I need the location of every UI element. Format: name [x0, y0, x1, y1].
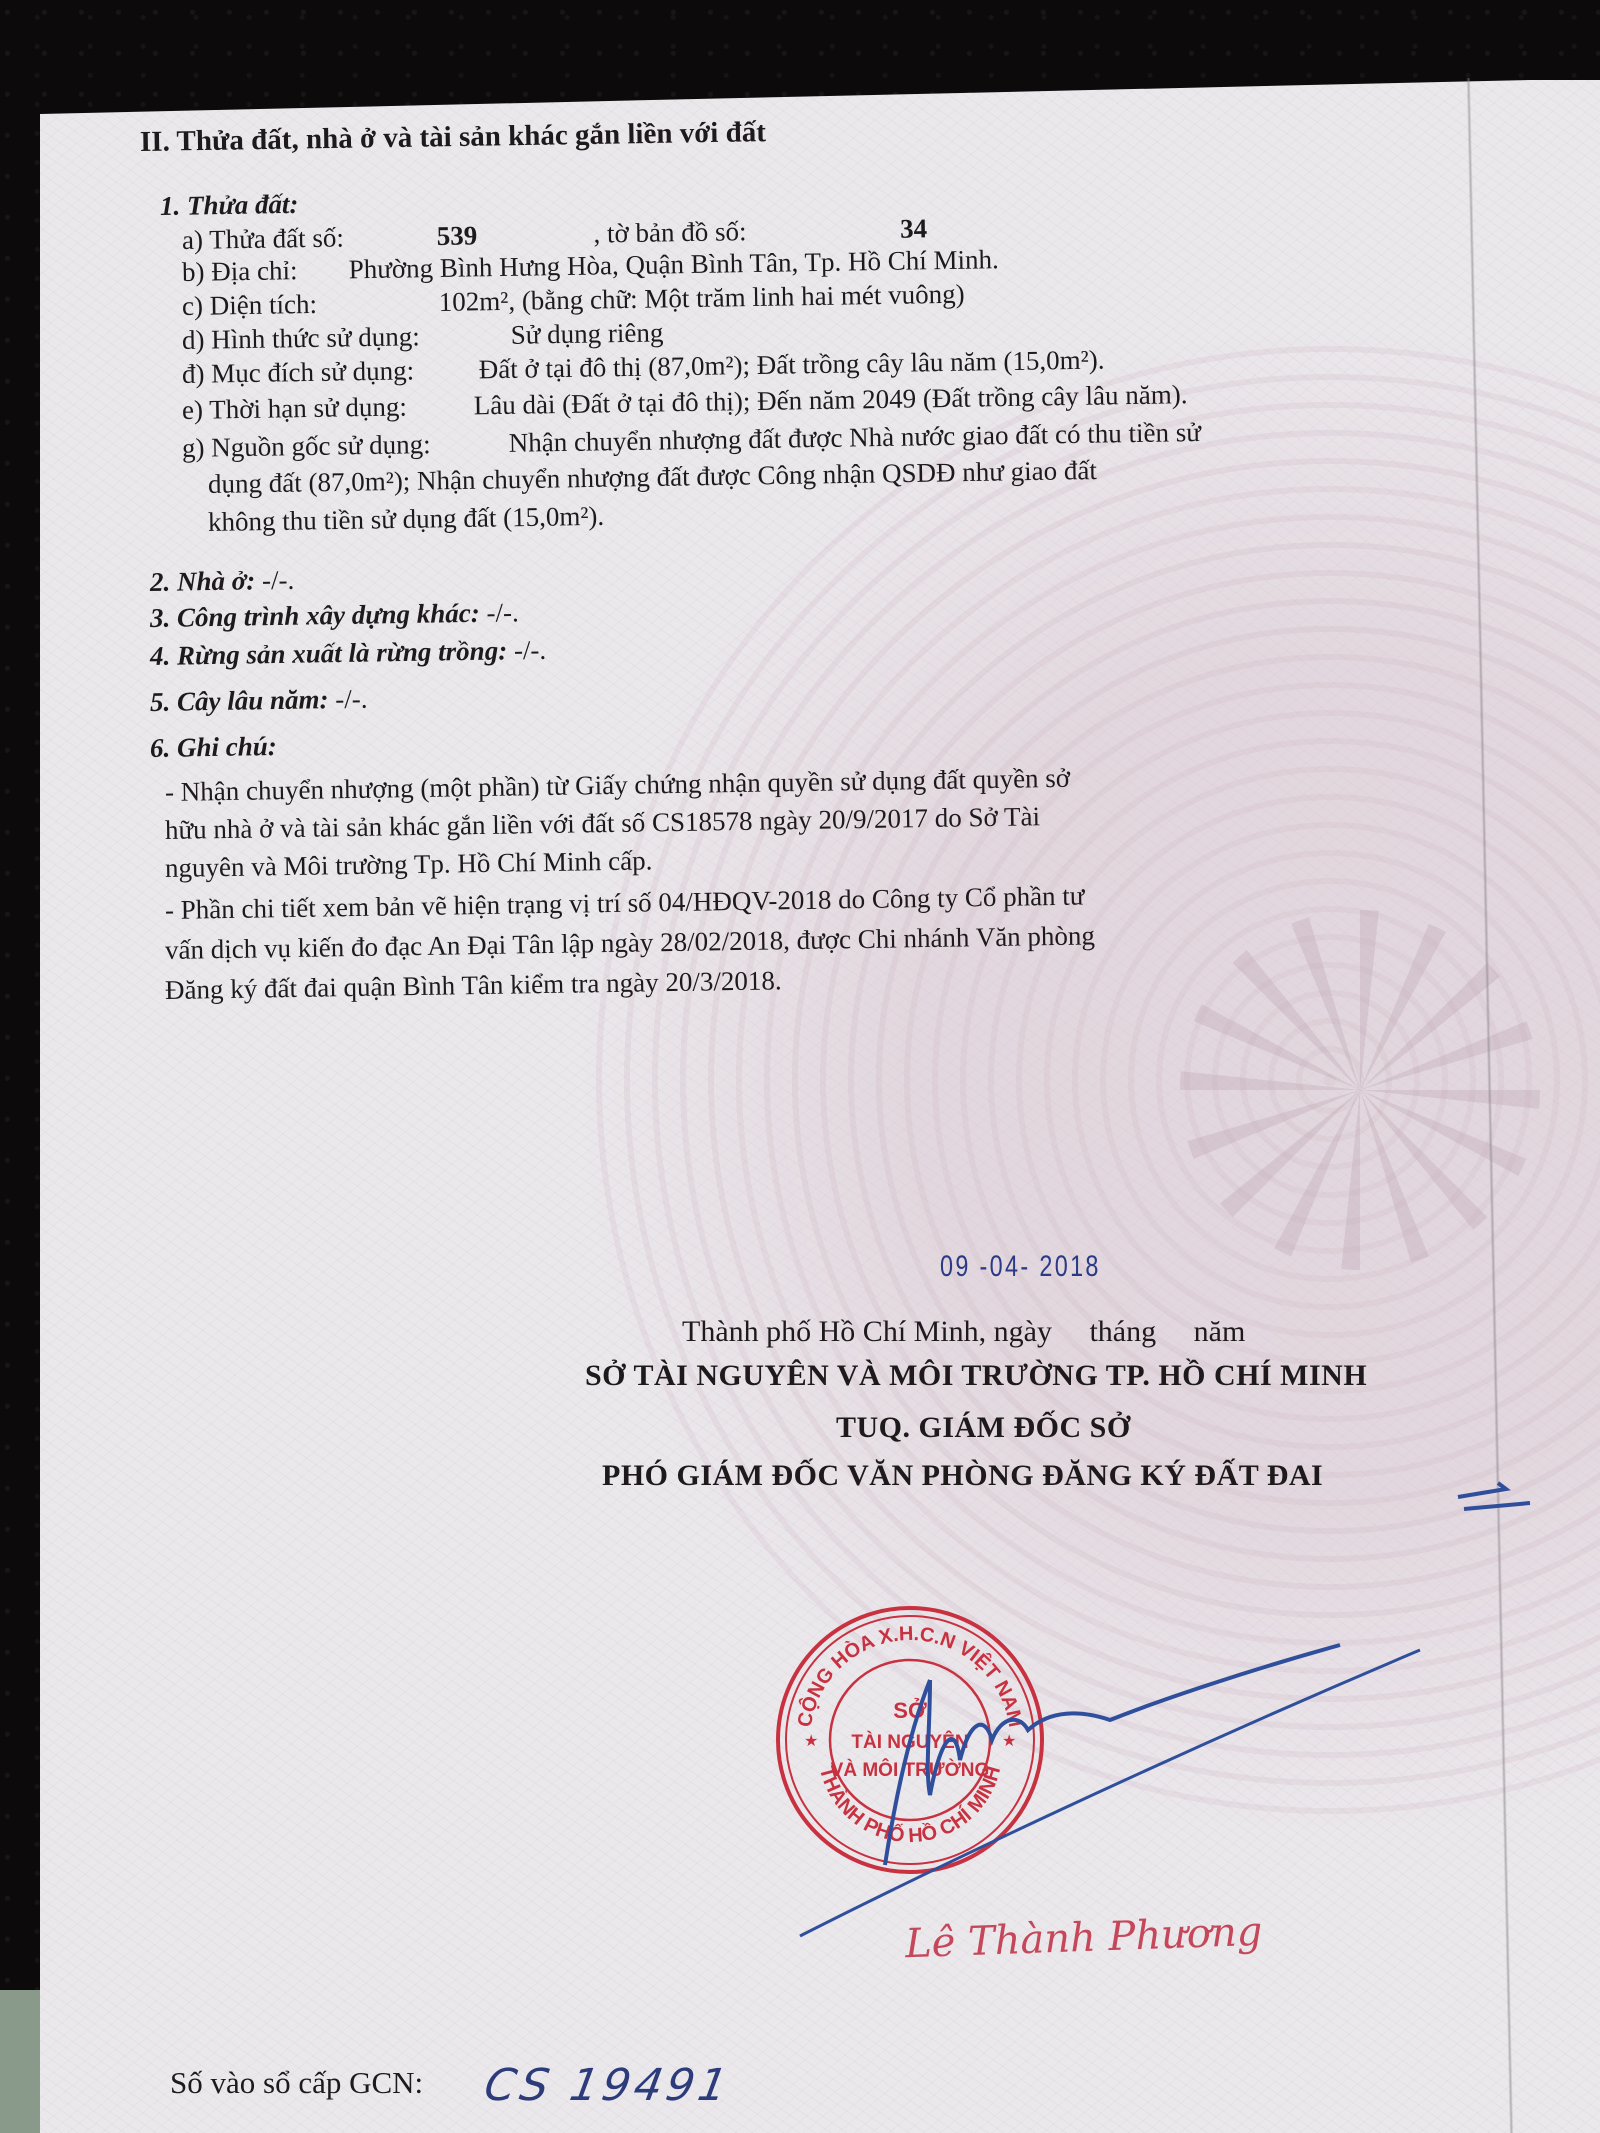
usage-form-row: d) Hình thức sử dụng: Sử dụng riêng: [182, 316, 664, 356]
perennial-label: 5. Cây lâu năm:: [150, 684, 329, 717]
other-construction-label: 3. Công trình xây dựng khác:: [150, 598, 480, 633]
on-behalf-line: TUQ. GIÁM ĐỐC SỞ: [836, 1412, 1131, 1444]
stamped-date: 09 -04- 2018: [940, 1250, 1101, 1284]
house-value: -/-.: [262, 565, 295, 596]
usage-purpose-value: Đất ở tại đô thị (87,0m²); Đất trồng cây…: [478, 345, 1104, 385]
note-line: - Phần chi tiết xem bản vẽ hiện trạng vị…: [165, 880, 1085, 926]
usage-purpose-label: đ) Mục đích sử dụng:: [182, 353, 472, 390]
section-title: II. Thửa đất, nhà ở và tài sản khác gắn …: [140, 116, 766, 158]
place-date-line: Thành phố Hồ Chí Minh, ngày tháng năm: [682, 1316, 1245, 1348]
usage-origin-value-3: không thu tiền sử dụng đất (15,0m²).: [208, 500, 605, 538]
document-content: II. Thửa đất, nhà ở và tài sản khác gắn …: [0, 0, 1600, 2133]
usage-origin-value-1: Nhận chuyển nhượng đất được Nhà nước gia…: [508, 417, 1201, 458]
note-line: Đăng ký đất đai quận Bình Tân kiểm tra n…: [165, 964, 782, 1006]
usage-term-value: Lâu dài (Đất ở tại đô thị); Đến năm 2049…: [473, 379, 1187, 420]
planted-forest-row: 4. Rừng sản xuất là rừng trồng: -/-.: [150, 634, 547, 672]
usage-form-value: Sử dụng riêng: [510, 317, 663, 349]
usage-term-label: e) Thời hạn sử dụng:: [182, 390, 467, 426]
registry-label: Số vào sổ cấp GCN:: [170, 2065, 423, 2101]
map-sheet-label: , tờ bản đồ số:: [593, 213, 893, 250]
signer-title: PHÓ GIÁM ĐỐC VĂN PHÒNG ĐĂNG KÝ ĐẤT ĐAI: [602, 1460, 1323, 1492]
planted-forest-label: 4. Rừng sản xuất là rừng trồng:: [150, 635, 508, 671]
planted-forest-value: -/-.: [514, 635, 547, 666]
usage-form-label: d) Hình thức sử dụng:: [182, 319, 504, 356]
parcel-heading: 1. Thửa đất:: [160, 188, 299, 222]
note-line: hữu nhà ở và tài sản khác gắn liền với đ…: [165, 800, 1041, 846]
registry-number: CS 19491: [481, 2060, 735, 2111]
usage-origin-label: g) Nguồn gốc sử dụng:: [182, 427, 502, 464]
note-line: nguyên và Môi trường Tp. Hồ Chí Minh cấp…: [165, 844, 653, 884]
house-label: 2. Nhà ở:: [150, 565, 256, 597]
house-row: 2. Nhà ở: -/-.: [150, 564, 295, 598]
other-construction-row: 3. Công trình xây dựng khác: -/-.: [150, 596, 519, 634]
perennial-row: 5. Cây lâu năm: -/-.: [150, 683, 368, 718]
address-label: b) Địa chỉ:: [182, 253, 342, 288]
notes-heading: 6. Ghi chú:: [150, 730, 277, 764]
other-construction-value: -/-.: [486, 597, 519, 628]
parcel-number-value: 539: [436, 218, 586, 252]
parcel-number-label: a) Thửa đất số:: [182, 220, 430, 256]
perennial-value: -/-.: [335, 684, 368, 715]
area-label: c) Diện tích:: [182, 286, 432, 322]
note-line: vấn dịch vụ kiến đo đạc An Đại Tân lập n…: [165, 919, 1095, 966]
authority-name: SỞ TÀI NGUYÊN VÀ MÔI TRƯỜNG TP. HỒ CHÍ M…: [585, 1360, 1367, 1392]
handwritten-signature: [780, 1620, 1480, 1950]
map-sheet-value: 34: [900, 212, 927, 244]
area-value: 102m², (bằng chữ: Một trăm linh hai mét …: [438, 279, 964, 317]
initial-mark: [1450, 1475, 1540, 1515]
